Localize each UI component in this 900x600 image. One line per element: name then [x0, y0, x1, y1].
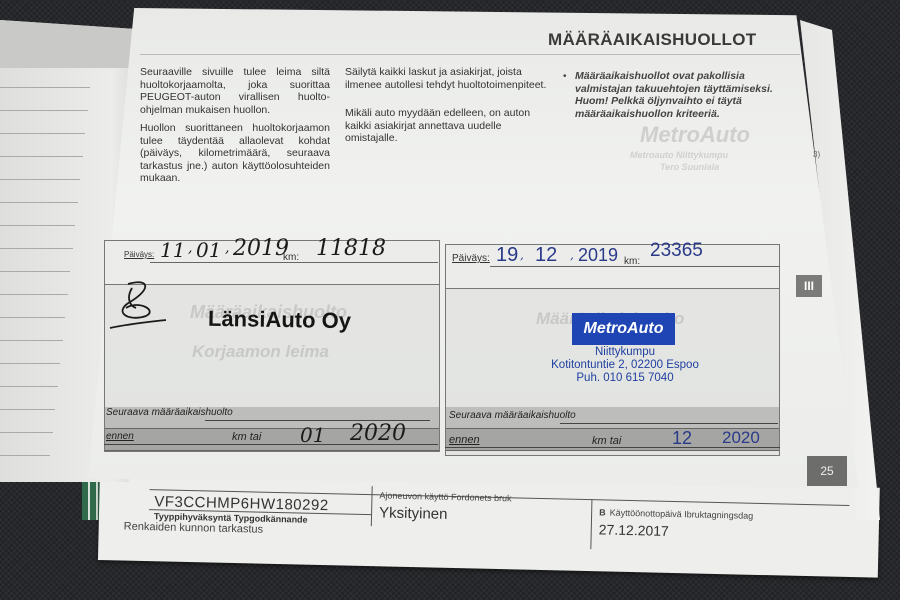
service-2-date-label: Päiväys:: [452, 253, 490, 264]
bullet-icon: •: [563, 71, 567, 82]
vehicle-use-value: Yksityinen: [379, 504, 448, 523]
service-1-day[interactable]: 11: [160, 238, 185, 262]
page-title: MÄÄRÄAIKAISHUOLLOT: [548, 30, 756, 50]
ghost-stamp-subtitle-1: Korjaamon leima: [192, 342, 329, 362]
ghost-metro-line2: Tero Suuniala: [660, 162, 719, 172]
section-tab[interactable]: III: [796, 275, 822, 297]
service-2-next-month[interactable]: 12: [672, 428, 692, 449]
notes-ruled-line: [0, 202, 78, 203]
notes-ruled-line: [0, 110, 88, 111]
notes-ruled-line: [0, 133, 85, 134]
notes-ruled-line: [0, 363, 60, 364]
notes-ruled-line: [0, 317, 65, 318]
service-2-next-label: Seuraava määräaikaishuolto: [449, 410, 576, 421]
notes-ruled-line: [0, 432, 53, 433]
service-2-km-or-label: km tai: [592, 435, 621, 447]
lansiauto-stamp: LänsiAuto Oy: [208, 306, 351, 334]
notes-ruled-line: [0, 179, 80, 180]
service-2-day[interactable]: 19: [496, 244, 518, 267]
service-1-month[interactable]: 01: [196, 238, 221, 262]
service-1-next-year[interactable]: 2020: [350, 421, 406, 446]
notes-ruled-line: [0, 409, 55, 410]
service-1-year[interactable]: 2019: [233, 236, 289, 261]
service-2-year[interactable]: 2019: [578, 245, 618, 266]
ghost-metro-logo: MetroAuto: [640, 122, 750, 148]
first-registration-date: 27.12.2017: [599, 521, 669, 539]
metroauto-logo: MetroAuto: [572, 313, 675, 345]
page-number: 25: [807, 456, 847, 486]
notes-ruled-line: [0, 225, 75, 226]
tire-check-label: Renkaiden kunnon tarkastus: [124, 521, 264, 536]
title-divider: [140, 54, 800, 55]
notes-ruled-line: [0, 340, 63, 341]
notes-ruled-line: [0, 271, 70, 272]
service-1-km-or-label: km tai: [232, 431, 261, 443]
intro-mandatory-note: Määräaikaishuollot ovat pakollisia valmi…: [575, 70, 775, 120]
intro-sell-car: Mikäli auto myydään edelleen, on auton k…: [345, 107, 550, 145]
service-2-km[interactable]: 23365: [650, 240, 703, 262]
notes-ruled-line: [0, 386, 58, 387]
metroauto-address: Niittykumpu Kotitontuntie 2, 02200 Espoo…: [545, 346, 705, 385]
service-1-before-label: ennen: [106, 431, 134, 442]
service-2-next-year[interactable]: 2020: [722, 428, 760, 448]
notes-ruled-line: [0, 87, 90, 88]
ghost-metro-line1: Metroauto Niittykumpu: [630, 150, 728, 160]
first-registration-label: BKäyttöönottopäivä Ibruktagningsdag: [599, 507, 753, 520]
notes-ruled-line: [0, 294, 68, 295]
notes-ruled-line: [0, 455, 50, 456]
vehicle-use-label: Ajoneuvon käyttö Fordonets bruk: [379, 490, 511, 503]
intro-stamp-paragraph: Seuraaville sivuille tulee leima siltä h…: [140, 66, 330, 116]
notes-ruled-line: [0, 248, 73, 249]
service-2-month[interactable]: 12: [535, 244, 557, 267]
service-1-km[interactable]: 11818: [316, 236, 386, 261]
signature-scribble: [108, 278, 168, 334]
service-1-next-label: Seuraava määräaikaishuolto: [106, 407, 233, 418]
service-2-before-label: ennen: [449, 434, 480, 446]
notes-ruled-line: [0, 156, 83, 157]
intro-fill-paragraph: Huollon suorittaneen huoltokorjaamon tul…: [140, 122, 330, 185]
side-footnote-mark: 3): [813, 150, 820, 159]
service-1-date-label: Päiväys:: [124, 250, 154, 259]
intro-keep-receipts: Säilytä kaikki laskut ja asiakirjat, joi…: [345, 66, 550, 91]
